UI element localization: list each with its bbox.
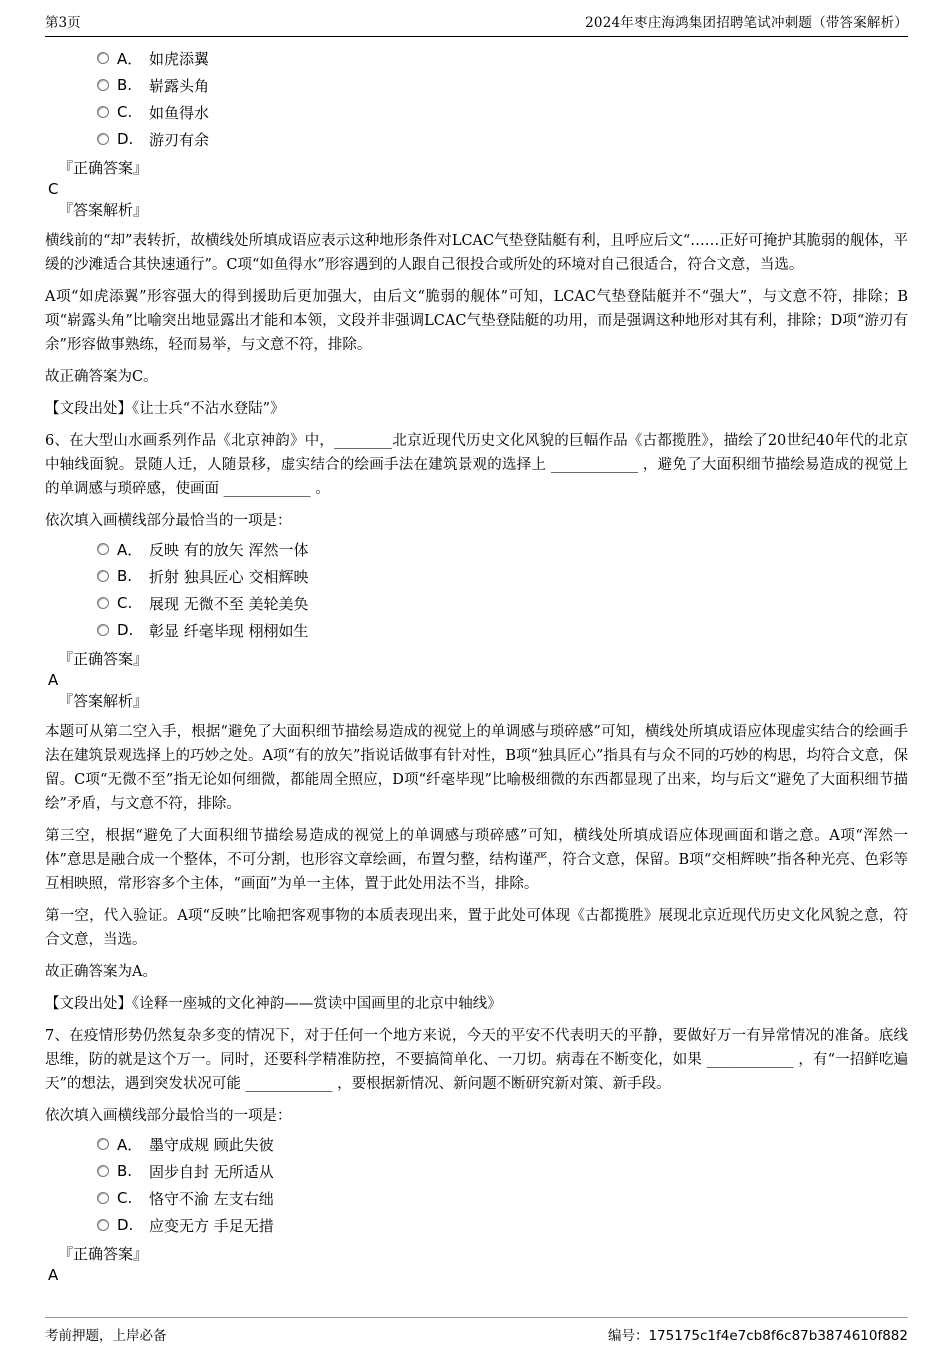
option-letter: B. (117, 567, 149, 585)
option-letter: A． (117, 48, 149, 69)
question6-stem: 6、在大型山水画系列作品《北京神韵》中，________北京近现代历史文化风貌的… (45, 429, 908, 501)
radio-button[interactable] (97, 543, 109, 555)
option-text: 折射 独具匠心 交相辉映 (149, 566, 309, 587)
radio-button[interactable] (97, 79, 109, 91)
footer-doc-id: 编号：175175c1f4e7cb8f6c87b3874610f882 (608, 1324, 908, 1344)
option-letter: D. (117, 130, 149, 148)
option-row-d[interactable]: D. 彰显 纤毫毕现 栩栩如生 (97, 622, 908, 638)
question7-prompt: 依次填入画横线部分最恰当的一项是： (45, 1104, 908, 1128)
option-row-b[interactable]: B. 崭露头角 (97, 77, 908, 93)
option-row-c[interactable]: C. 恪守不渝 左支右绌 (97, 1190, 908, 1206)
option-text: 恪守不渝 左支右绌 (149, 1188, 274, 1209)
option-row-b[interactable]: B. 固步自封 无所适从 (97, 1163, 908, 1179)
passage-source: 【文段出处】《诠释一座城的文化神韵——赏读中国画里的北京中轴线》 (45, 992, 908, 1016)
answer-analysis-label: 『答案解析』 (58, 200, 908, 221)
correct-answer-value: A (48, 670, 908, 691)
correct-answer-value: A (48, 1265, 908, 1286)
radio-button[interactable] (97, 52, 109, 64)
option-row-b[interactable]: B. 折射 独具匠心 交相辉映 (97, 568, 908, 584)
option-text: 如鱼得水 (149, 102, 209, 123)
question6-prompt: 依次填入画横线部分最恰当的一项是： (45, 509, 908, 533)
option-text: 彰显 纤毫毕现 栩栩如生 (149, 620, 309, 641)
option-text: 展现 无微不至 美轮美奂 (149, 593, 309, 614)
radio-button[interactable] (97, 1165, 109, 1177)
page-footer: 考前押题，上岸必备 编号：175175c1f4e7cb8f6c87b387461… (45, 1317, 908, 1344)
correct-answer-label: 『正确答案』 (58, 649, 908, 670)
option-letter: B. (117, 1162, 149, 1180)
analysis-paragraph: 本题可从第二空入手，根据“避免了大面积细节描绘易造成的视觉上的单调感与琐碎感”可… (45, 720, 908, 816)
option-letter: C. (117, 103, 149, 121)
option-text: 反映 有的放矢 浑然一体 (149, 539, 309, 560)
radio-button[interactable] (97, 624, 109, 636)
analysis-paragraph: A项“如虎添翼”形容强大的得到援助后更加强大，由后文“脆弱的舰体”可知，LCAC… (45, 285, 908, 357)
radio-button[interactable] (97, 1192, 109, 1204)
question7-options: A． 墨守成规 顾此失彼 B. 固步自封 无所适从 C. 恪守不渝 左支右绌 D… (45, 1136, 908, 1233)
option-letter: B. (117, 76, 149, 94)
radio-button[interactable] (97, 133, 109, 145)
option-letter: A． (117, 1134, 149, 1155)
radio-button[interactable] (97, 597, 109, 609)
option-text: 固步自封 无所适从 (149, 1161, 274, 1182)
correct-answer-label: 『正确答案』 (58, 158, 908, 179)
option-text: 崭露头角 (149, 75, 209, 96)
option-row-d[interactable]: D. 应变无方 手足无措 (97, 1217, 908, 1233)
radio-button[interactable] (97, 1138, 109, 1150)
correct-answer-value: C (48, 179, 908, 200)
option-row-a[interactable]: A． 如虎添翼 (97, 50, 908, 66)
question7-stem: 7、在疫情形势仍然复杂多变的情况下，对于任何一个地方来说，今天的平安不代表明天的… (45, 1024, 908, 1096)
correct-answer-label: 『正确答案』 (58, 1244, 908, 1265)
page-number: 第3页 (45, 14, 81, 32)
analysis-paragraph: 第一空，代入验证。A项“反映”比喻把客观事物的本质表现出来，置于此处可体现《古都… (45, 904, 908, 952)
option-row-c[interactable]: C. 如鱼得水 (97, 104, 908, 120)
answer-analysis-label: 『答案解析』 (58, 691, 908, 712)
option-row-a[interactable]: A． 反映 有的放矢 浑然一体 (97, 541, 908, 557)
radio-button[interactable] (97, 570, 109, 582)
option-letter: D. (117, 1216, 149, 1234)
option-letter: A． (117, 539, 149, 560)
option-row-c[interactable]: C. 展现 无微不至 美轮美奂 (97, 595, 908, 611)
doc-id-value: 175175c1f4e7cb8f6c87b3874610f882 (648, 1328, 908, 1344)
analysis-conclusion: 故正确答案为A。 (45, 960, 908, 984)
option-letter: D. (117, 621, 149, 639)
option-row-d[interactable]: D. 游刃有余 (97, 131, 908, 147)
document-page: 第3页 2024年枣庄海鸿集团招聘笔试冲刺题（带答案解析） A． 如虎添翼 B.… (0, 0, 950, 1345)
analysis-conclusion: 故正确答案为C。 (45, 365, 908, 389)
radio-button[interactable] (97, 106, 109, 118)
passage-source: 【文段出处】《让士兵“不沾水登陆”》 (45, 397, 908, 421)
option-row-a[interactable]: A． 墨守成规 顾此失彼 (97, 1136, 908, 1152)
option-text: 墨守成规 顾此失彼 (149, 1134, 274, 1155)
analysis-paragraph: 第三空，根据“避免了大面积细节描绘易造成的视觉上的单调感与琐碎感”可知，横线处所… (45, 824, 908, 896)
option-text: 游刃有余 (149, 129, 209, 150)
doc-id-label: 编号： (608, 1328, 649, 1344)
option-text: 应变无方 手足无措 (149, 1215, 274, 1236)
radio-button[interactable] (97, 1219, 109, 1231)
page-header: 第3页 2024年枣庄海鸿集团招聘笔试冲刺题（带答案解析） (45, 14, 908, 37)
option-letter: C. (117, 594, 149, 612)
question5-options: A． 如虎添翼 B. 崭露头角 C. 如鱼得水 D. 游刃有余 (45, 50, 908, 147)
footer-slogan: 考前押题，上岸必备 (45, 1324, 167, 1344)
option-letter: C. (117, 1189, 149, 1207)
document-title: 2024年枣庄海鸿集团招聘笔试冲刺题（带答案解析） (585, 14, 908, 32)
option-text: 如虎添翼 (149, 48, 209, 69)
question6-options: A． 反映 有的放矢 浑然一体 B. 折射 独具匠心 交相辉映 C. 展现 无微… (45, 541, 908, 638)
analysis-paragraph: 横线前的“却”表转折，故横线处所填成语应表示这种地形条件对LCAC气垫登陆艇有利… (45, 229, 908, 277)
